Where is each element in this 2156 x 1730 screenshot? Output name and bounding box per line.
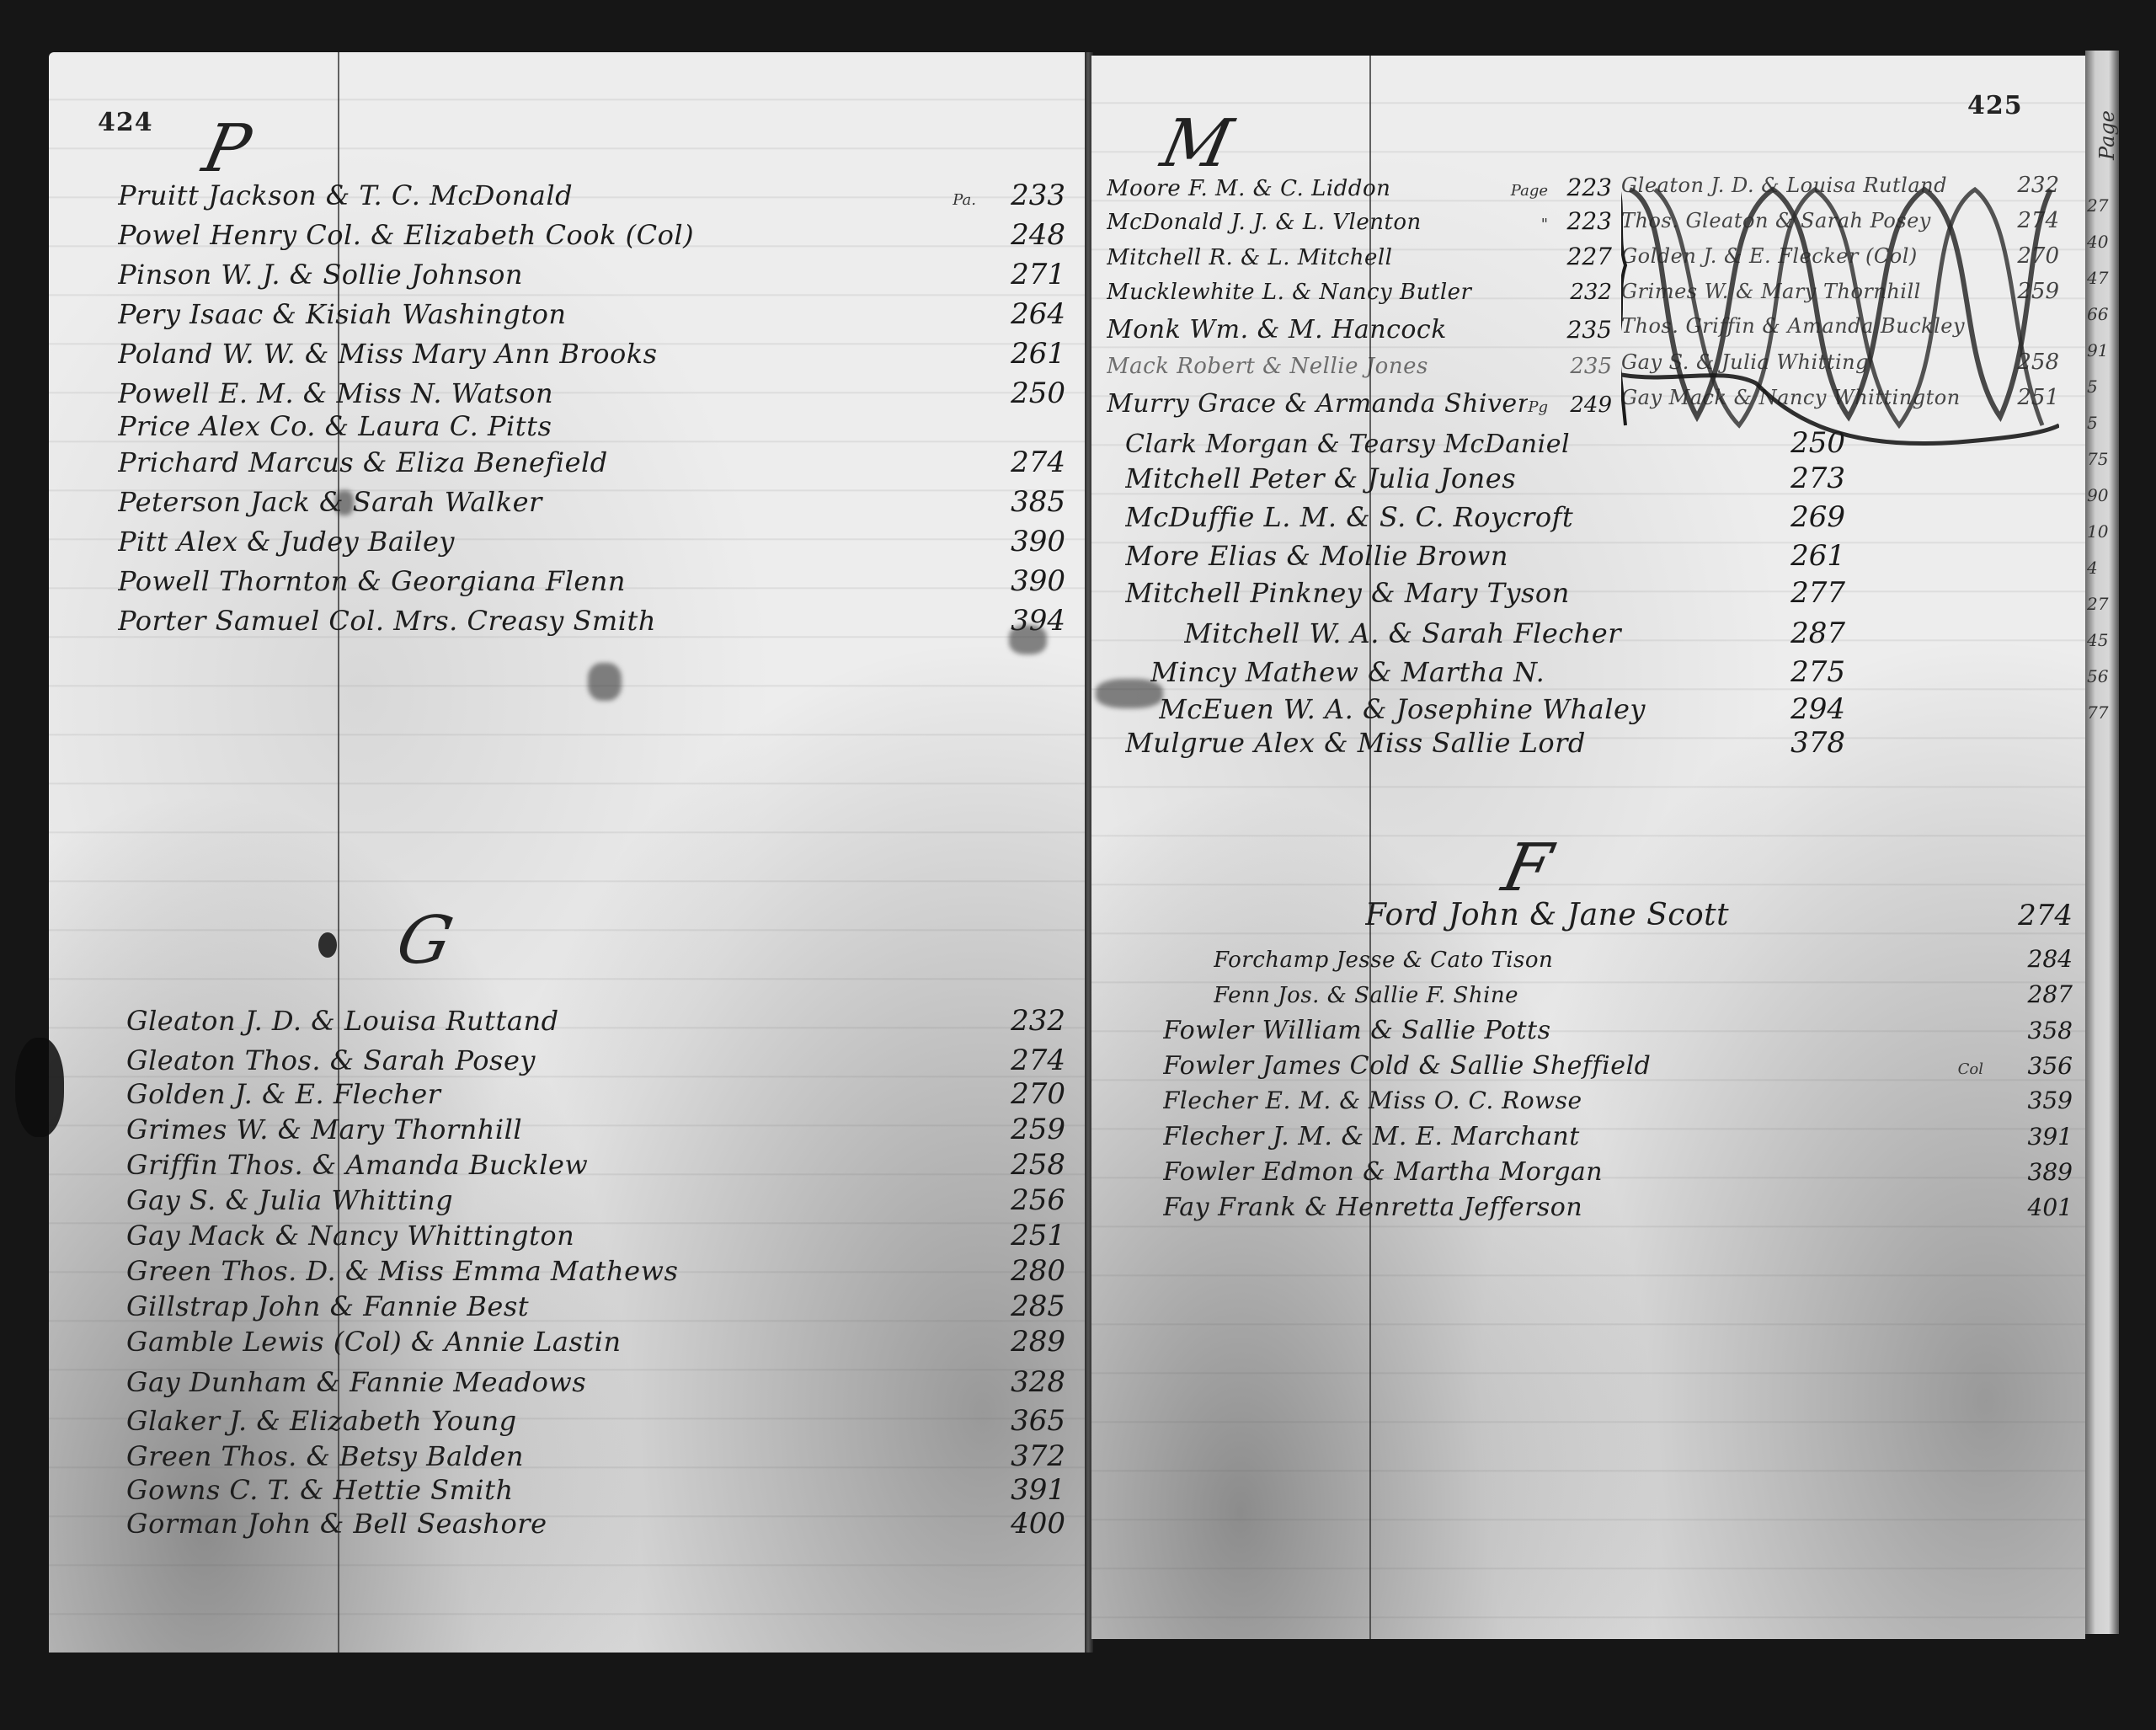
ink-smudge [335,490,354,515]
entry-name: Pitt Alex & Judey Bailey [118,526,976,558]
entry-name: Gay Mack & Nancy Whittington [126,1220,976,1252]
margin-number: 77 [2087,702,2108,739]
entry-page: 261 [1761,539,1845,573]
entry-name: Mitchell Pinkney & Mary Tyson [1125,577,1756,609]
index-entry: Moore F. M. & C. LiddonPage223 [1107,174,1612,207]
index-entry: Pruitt Jackson & T. C. McDonaldPa.233 [118,179,1065,218]
index-entry: Fowler William & Sallie Potts358 [1163,1016,2073,1051]
index-entry: Prichard Marcus & Eliza Benefield274 [118,446,1065,485]
entry-page: 401 [1988,1193,2073,1221]
entry-page: 250 [981,376,1065,410]
entry-name: Gamble Lewis (Col) & Annie Lastin [126,1326,976,1358]
tab-margin-numbers: 27 40 47 66 91 5 5 75 90 10 4 27 45 56 7… [2087,195,2108,739]
index-entry: Glaker J. & Elizabeth Young365 [126,1404,1065,1439]
entry-page: 390 [981,525,1065,558]
index-entry: Mitchell R. & L. Mitchell227 [1107,243,1612,280]
entry-name: Powell E. M. & Miss N. Watson [118,377,976,409]
index-entry: Pery Isaac & Kisiah Washington264 [118,297,1065,337]
index-entry: Mack Robert & Nellie Jones235 [1107,354,1612,389]
margin-number: 66 [2087,304,2108,340]
margin-number: 27 [2087,594,2108,630]
entry-name: Mincy Mathew & Martha N. [1150,656,1756,688]
entry-name: Porter Samuel Col. Mrs. Creasy Smith [118,605,976,637]
index-entry: Mitchell W. A. & Sarah Flecher287 [1125,617,1845,655]
entry-name: Forchamp Jesse & Cato Tison [1214,948,1983,973]
index-entry: Flecher E. M. & Miss O. C. Rowse359 [1163,1087,2073,1122]
index-entry: Powel Henry Col. & Elizabeth Cook (Col)2… [118,218,1065,258]
margin-number: 75 [2087,449,2108,485]
index-entry: Flecher J. M. & M. E. Marchant391 [1163,1122,2073,1157]
index-entry: Murry Grace & Armanda ShiverPg249 [1107,389,1612,428]
entry-name: Price Alex Co. & Laura C. Pitts [118,410,976,442]
entry-page: 294 [1761,692,1845,726]
margin-number: 10 [2087,521,2108,558]
entry-name: McDonald J. J. & L. Vlenton [1107,210,1541,235]
index-entry: Gleaton Thos. & Sarah Posey274 [126,1044,1065,1077]
entry-page: 365 [981,1404,1065,1438]
strike-loops-icon [1621,173,2059,451]
margin-number: 91 [2087,340,2108,376]
section-letter-f: F [1496,830,1557,906]
section-letter-g: G [390,903,458,979]
entry-name: Gleaton Thos. & Sarah Posey [126,1044,976,1076]
entry-note: " [1541,216,1548,233]
entry-page: 271 [981,258,1065,291]
entry-page: 249 [1553,392,1612,418]
entry-name: Fowler James Cold & Sallie Sheffield [1163,1051,1958,1081]
index-entry: Price Alex Co. & Laura C. Pitts [118,410,1065,446]
entry-page: 223 [1553,174,1612,201]
entry-page: 232 [981,1004,1065,1038]
entry-name: Gorman John & Bell Seashore [126,1508,976,1540]
index-entry: Golden J. & E. Flecher270 [126,1077,1065,1113]
page-number: 425 [1967,91,2023,120]
entry-name: Pruitt Jackson & T. C. McDonald [118,179,953,211]
entry-page: 273 [1761,462,1845,495]
index-entry: Grimes W. & Mary Thornhill259 [126,1113,1065,1148]
index-entry: Fenn Jos. & Sallie F. Shine287 [1163,980,2073,1016]
index-entry: Griffin Thos. & Amanda Bucklew258 [126,1148,1065,1183]
entry-name: Glaker J. & Elizabeth Young [126,1405,976,1437]
entry-name: Gleaton J. D. & Louisa Ruttand [126,1005,976,1037]
entry-page: 285 [981,1289,1065,1323]
entry-name: Golden J. & E. Flecher [126,1078,976,1110]
index-entry: Monk Wm. & M. Hancock235 [1107,315,1612,354]
entry-note: Pg [1528,398,1548,416]
index-entry: McDonald J. J. & L. Vlenton"223 [1107,207,1612,243]
entry-page: 400 [981,1507,1065,1540]
index-entry: Green Thos. & Betsy Balden372 [126,1439,1065,1473]
index-entry: Mitchell Pinkney & Mary Tyson277 [1125,576,1845,617]
binding-hole [15,1038,64,1137]
entry-page: 358 [1988,1017,2073,1044]
entry-name: Mitchell Peter & Julia Jones [1125,462,1756,494]
entry-page: 280 [981,1254,1065,1288]
entry-page: 275 [1761,655,1845,689]
entry-page: 287 [1761,617,1845,650]
entry-page: 356 [1988,1052,2073,1080]
index-entry: Mucklewhite L. & Nancy Butler232 [1107,280,1612,315]
section-g-list: Gleaton J. D. & Louisa Ruttand232 Gleato… [126,1004,1065,1540]
index-entry: Fowler James Cold & Sallie SheffieldCol3… [1163,1051,2073,1087]
margin-number: 27 [2087,195,2108,232]
entry-page: 223 [1553,207,1612,235]
index-entry: Gay Dunham & Fannie Meadows328 [126,1365,1065,1404]
index-entry: McEuen W. A. & Josephine Whaley294 [1125,692,1845,726]
margin-number: 56 [2087,666,2108,702]
entry-page: 270 [981,1077,1065,1111]
entry-page: 385 [981,485,1065,519]
crossed-out-block: Gleaton J. D. & Louisa Rutland232 Thos. … [1621,173,2059,451]
entry-page: 261 [981,337,1065,371]
ink-blot [318,932,337,958]
index-entry: Green Thos. D. & Miss Emma Mathews280 [126,1254,1065,1289]
entry-page: 284 [1988,945,2073,973]
section-p-list: Pruitt Jackson & T. C. McDonaldPa.233 Po… [118,179,1065,643]
index-entry: Gowns C. T. & Hettie Smith391 [126,1473,1065,1507]
margin-number: 90 [2087,485,2108,521]
entry-page: 235 [1553,316,1612,344]
index-entry: Fay Frank & Henretta Jefferson401 [1163,1193,2073,1228]
section-m-list: Moore F. M. & C. LiddonPage223 McDonald … [1107,174,1612,428]
margin-number: 40 [2087,232,2108,268]
entry-page: 251 [981,1219,1065,1252]
entry-note: Page [1511,182,1548,200]
entry-name: Mitchell R. & L. Mitchell [1107,245,1548,270]
index-entry: Gamble Lewis (Col) & Annie Lastin289 [126,1325,1065,1365]
entry-name: Murry Grace & Armanda Shiver [1107,389,1528,419]
entry-page: 372 [981,1439,1065,1473]
index-entry: Pitt Alex & Judey Bailey390 [118,525,1065,564]
entry-page: 259 [981,1113,1065,1146]
entry-name: Powel Henry Col. & Elizabeth Cook (Col) [118,219,976,251]
index-entry: Mulgrue Alex & Miss Sallie Lord378 [1125,726,1845,765]
entry-name: Flecher J. M. & M. E. Marchant [1163,1122,1983,1151]
entry-name: Mitchell W. A. & Sarah Flecher [1184,617,1756,649]
index-entry: McDuffie L. M. & S. C. Roycroft269 [1125,500,1845,539]
entry-name: Fay Frank & Henretta Jefferson [1163,1193,1983,1222]
entry-name: Green Thos. D. & Miss Emma Mathews [126,1255,976,1287]
entry-name: Mulgrue Alex & Miss Sallie Lord [1125,727,1756,759]
entry-page: 248 [981,218,1065,252]
index-entry: Porter Samuel Col. Mrs. Creasy Smith394 [118,604,1065,643]
ink-smudge [1096,679,1163,708]
entry-name: Pinson W. J. & Sollie Johnson [118,259,976,291]
entry-page: 359 [1988,1087,2073,1114]
entry-name: McEuen W. A. & Josephine Whaley [1159,693,1756,725]
entry-page: 328 [981,1365,1065,1399]
margin-number: 5 [2087,413,2108,449]
entry-note: Pa. [953,191,976,209]
entry-name: Monk Wm. & M. Hancock [1107,315,1548,344]
entry-page: 277 [1761,576,1845,610]
entry-note: Col [1958,1060,1983,1078]
entry-name: Fowler Edmon & Martha Morgan [1163,1157,1983,1187]
index-entry: Gay Mack & Nancy Whittington251 [126,1219,1065,1254]
section-m-list-continued: Clark Morgan & Tearsy McDaniel250 Mitche… [1125,426,1845,765]
index-entry: Gillstrap John & Fannie Best285 [126,1289,1065,1325]
entry-name: Gowns C. T. & Hettie Smith [126,1474,976,1506]
entry-name: Griffin Thos. & Amanda Bucklew [126,1149,976,1181]
entry-name: McDuffie L. M. & S. C. Roycroft [1125,501,1756,533]
entry-page: 389 [1988,1158,2073,1186]
margin-number: 47 [2087,268,2108,304]
index-entry: Gleaton J. D. & Louisa Ruttand232 [126,1004,1065,1044]
entry-name: Ford John & Jane Scott [1365,898,1983,932]
entry-page: 391 [981,1473,1065,1507]
entry-name: Flecher E. M. & Miss O. C. Rowse [1163,1087,1983,1114]
entry-name: Fenn Jos. & Sallie F. Shine [1214,983,1983,1008]
section-letter-p: P [196,111,257,187]
entry-page: 378 [1761,726,1845,760]
index-entry: Fowler Edmon & Martha Morgan389 [1163,1157,2073,1193]
entry-page: 232 [1553,280,1612,305]
entry-page: 390 [981,564,1065,598]
ink-smudge [588,663,622,701]
entry-name: Gay S. & Julia Whitting [126,1184,976,1216]
index-entry: Powell E. M. & Miss N. Watson250 [118,376,1065,410]
entry-name: Fowler William & Sallie Potts [1163,1016,1983,1045]
tab-label: Page [2095,110,2119,160]
entry-page: 269 [1761,500,1845,534]
entry-page: 274 [981,446,1065,479]
entry-name: Peterson Jack & Sarah Walker [118,486,976,518]
entry-page: 274 [981,1044,1065,1077]
margin-number: 45 [2087,630,2108,666]
entry-page: 289 [981,1325,1065,1359]
index-entry: Gorman John & Bell Seashore400 [126,1507,1065,1540]
entry-page: 256 [981,1183,1065,1217]
entry-name: Gillstrap John & Fannie Best [126,1290,976,1322]
entry-name: Grimes W. & Mary Thornhill [126,1113,976,1145]
entry-page: 235 [1553,354,1612,379]
page-number: 424 [98,108,153,137]
entry-name: Pery Isaac & Kisiah Washington [118,298,976,330]
entry-page: 287 [1988,980,2073,1008]
left-page: 424 P Pruitt Jackson & T. C. McDonaldPa.… [49,52,1086,1653]
index-entry: Mincy Mathew & Martha N.275 [1125,655,1845,692]
entry-page: 227 [1553,243,1612,270]
margin-number: 4 [2087,558,2108,594]
entry-name: Powell Thornton & Georgiana Flenn [118,565,976,597]
margin-number: 5 [2087,376,2108,413]
index-entry: Forchamp Jesse & Cato Tison284 [1163,945,2073,980]
ink-smudge [1009,625,1047,654]
index-entry: Powell Thornton & Georgiana Flenn390 [118,564,1065,604]
entry-name: Poland W. W. & Miss Mary Ann Brooks [118,338,976,370]
index-entry: Pinson W. J. & Sollie Johnson271 [118,258,1065,297]
entry-name: Gay Dunham & Fannie Meadows [126,1366,976,1398]
entry-name: Moore F. M. & C. Liddon [1107,176,1511,201]
entry-name: More Elias & Mollie Brown [1125,540,1756,572]
index-entry: Gay S. & Julia Whitting256 [126,1183,1065,1219]
entry-page: 264 [981,297,1065,331]
entry-page: 258 [981,1148,1065,1182]
entry-name: Mucklewhite L. & Nancy Butler [1107,280,1548,305]
entry-name: Mack Robert & Nellie Jones [1107,354,1548,379]
index-entry: Poland W. W. & Miss Mary Ann Brooks261 [118,337,1065,376]
index-entry: More Elias & Mollie Brown261 [1125,539,1845,576]
section-letter-m: M [1155,106,1238,182]
entry-name: Green Thos. & Betsy Balden [126,1440,976,1472]
entry-page: 391 [1988,1123,2073,1151]
index-entry: Ford John & Jane Scott274 [1163,898,2073,945]
entry-name: Prichard Marcus & Eliza Benefield [118,446,976,478]
index-entry: Mitchell Peter & Julia Jones273 [1125,462,1845,500]
entry-page: 233 [981,179,1065,212]
entry-page: 274 [1988,899,2073,932]
section-f-list: Ford John & Jane Scott274 Forchamp Jesse… [1163,898,2073,1228]
index-entry: Peterson Jack & Sarah Walker385 [118,485,1065,525]
